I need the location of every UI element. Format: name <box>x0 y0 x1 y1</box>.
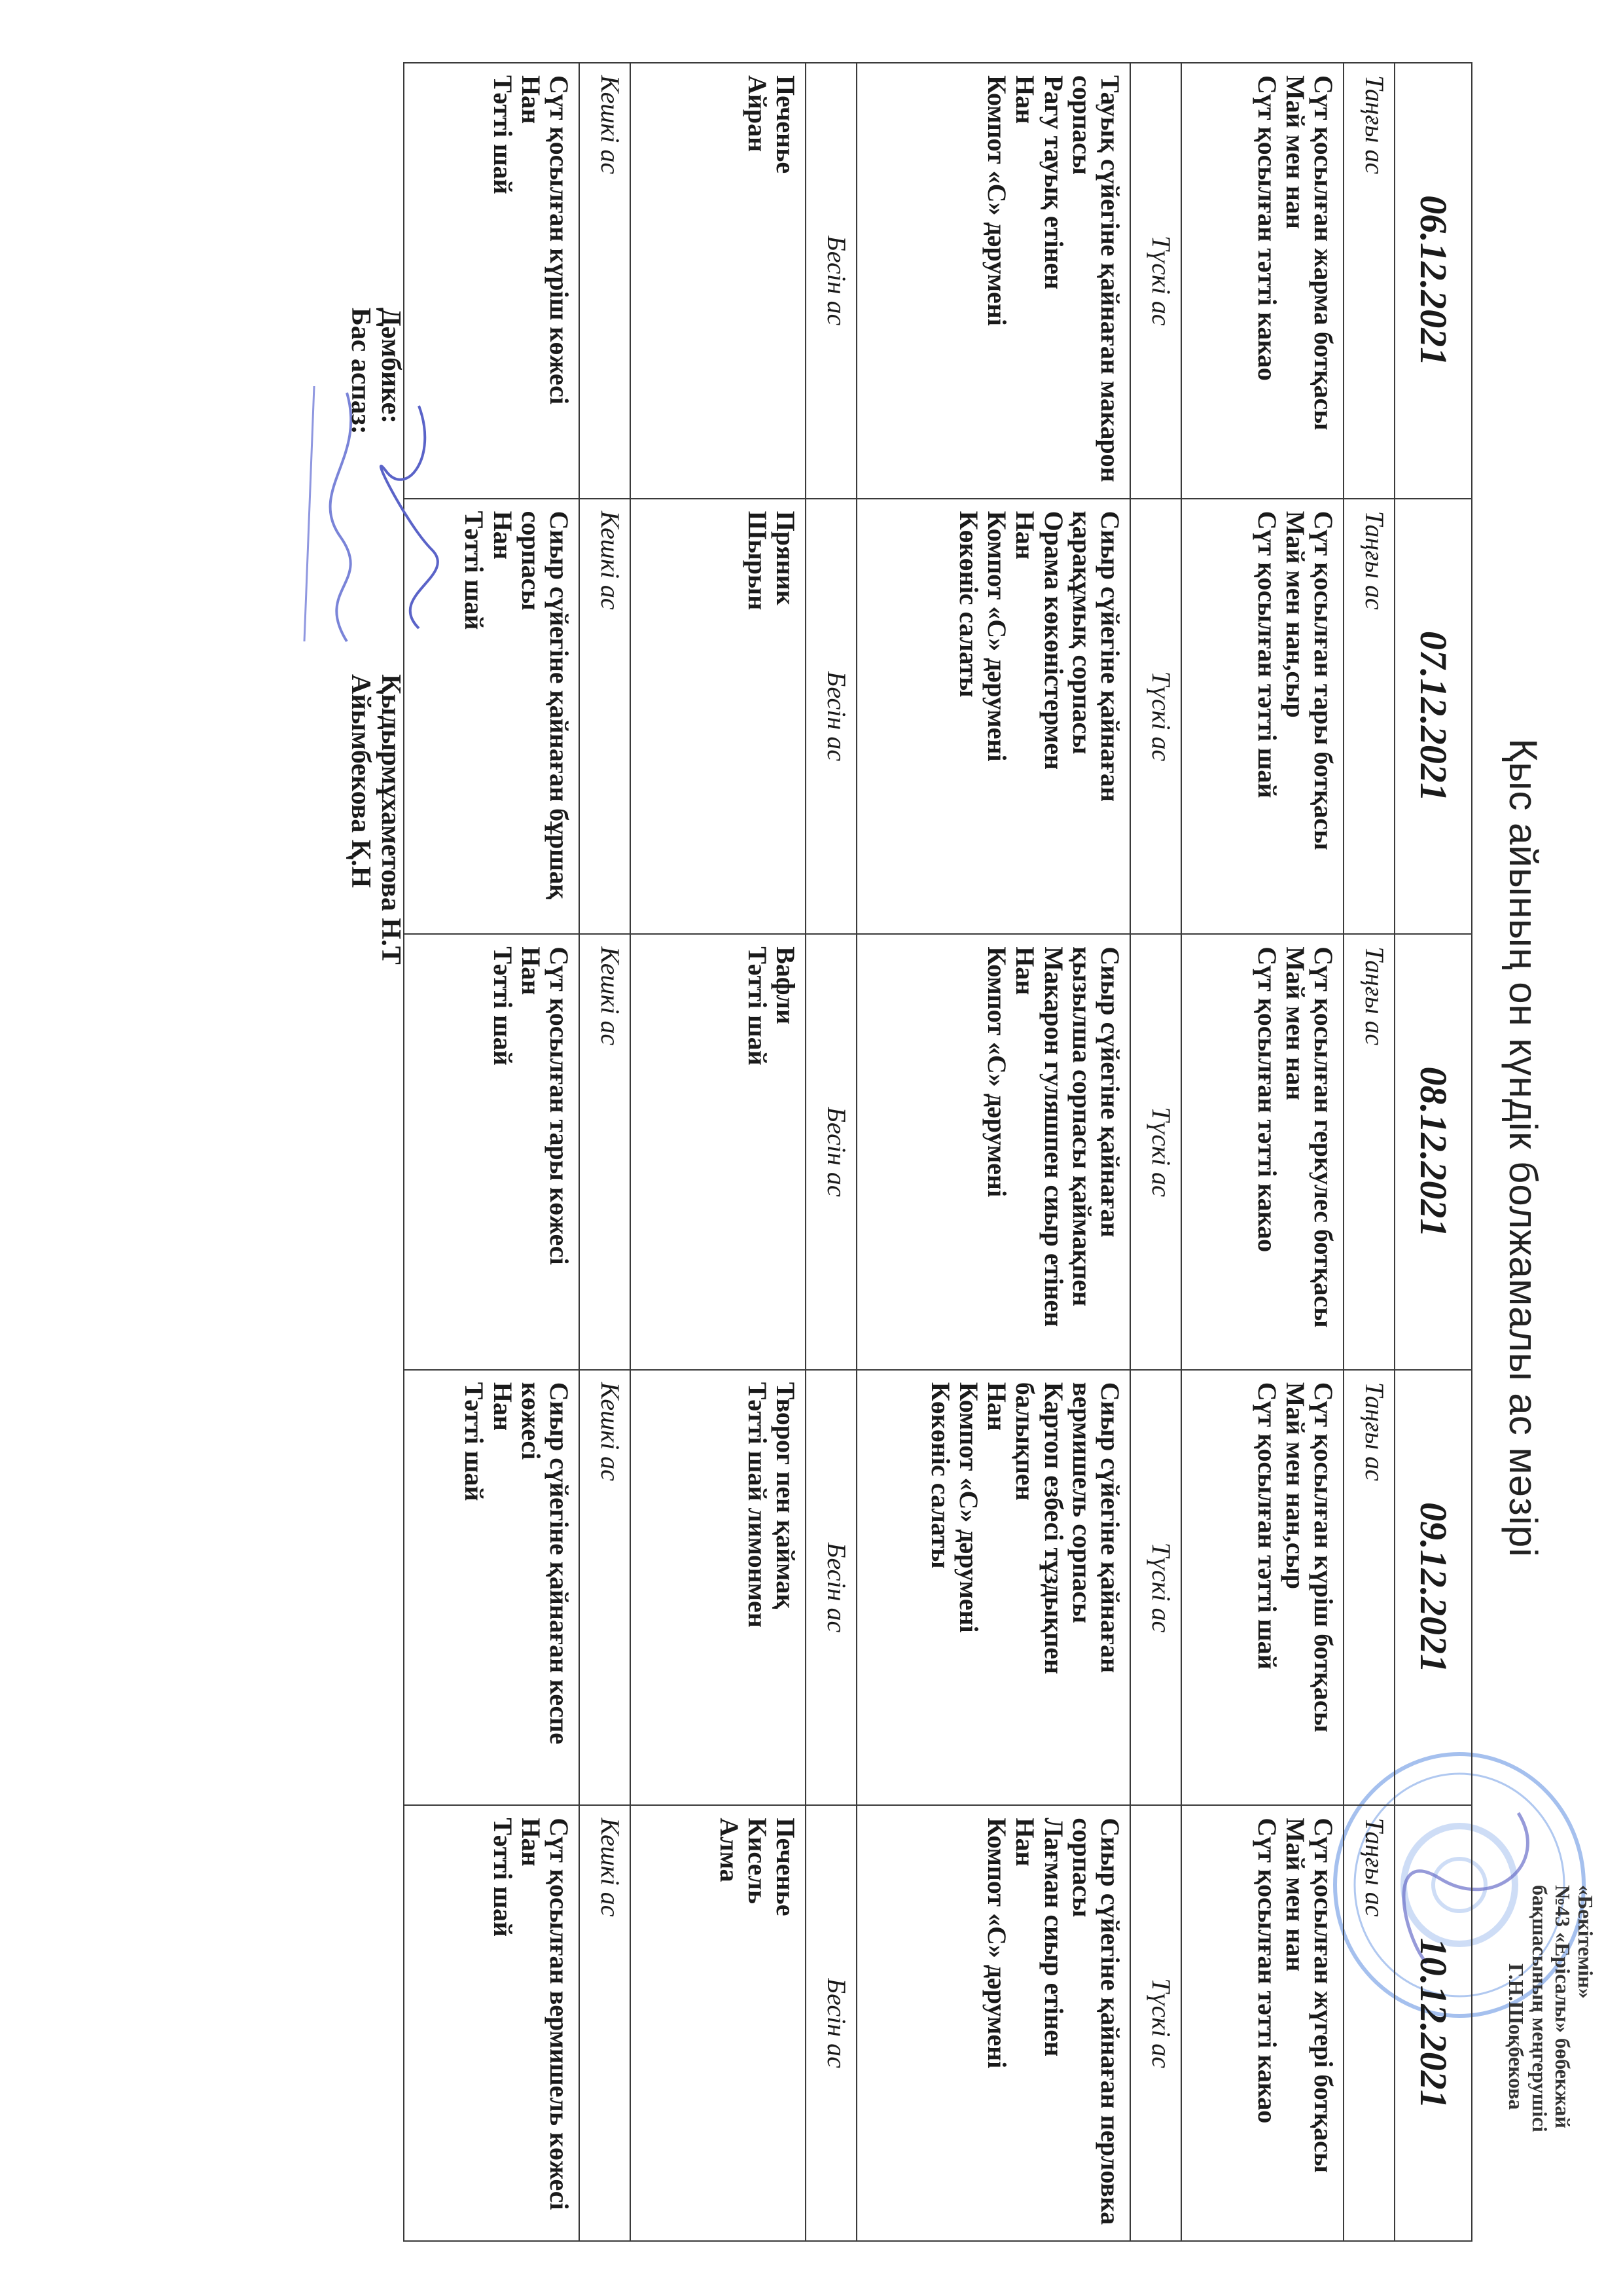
signature-name: Қыдырмұхаметова Н.Т <box>376 674 406 965</box>
dish-item: Печенье <box>772 75 800 486</box>
dish-item: Нан <box>1011 1818 1039 2229</box>
meal-label-snack: Бесін ас <box>806 1805 857 2241</box>
meal-label-breakfast: Таңғы ас <box>1344 499 1395 935</box>
dish-item: Май мен нан <box>1281 75 1310 486</box>
document-title: Қыс айының он күндік болжамалы ас мәзірі <box>1501 0 1546 2296</box>
dish-item: Тәтті шай лимонмен <box>743 1382 772 1793</box>
dish-cell: Сүт қосылған геркулес ботқасыМай мен нан… <box>1181 934 1344 1370</box>
meal-label-snack: Бесін ас <box>806 499 857 935</box>
dish-cell: Сиыр сүйегіне қайнаған вермишель сорпасы… <box>857 1370 1130 1806</box>
dish-item: Айран <box>743 75 772 486</box>
dish-item: Компот «С» дәрумені <box>983 511 1011 922</box>
meal-label-lunch: Түскі ас <box>1130 1370 1181 1806</box>
dish-cell: ПеченьеАйран <box>630 63 806 499</box>
dish-item: Сүт қосылған жарма ботқасы <box>1310 75 1338 486</box>
dish-item: Вафли <box>772 946 800 1357</box>
approval-line: №43 «Ерісалы» бөбекжай <box>1551 1885 1574 2132</box>
meal-label-dinner: Кешкі ас <box>579 1805 630 2241</box>
meal-label-lunch: Түскі ас <box>1130 934 1181 1370</box>
dish-cell: Творог пен қаймақТәтті шай лимонмен <box>630 1370 806 1806</box>
dish-item: Май мен нан,сыр <box>1281 1382 1310 1793</box>
dish-item: Май мен нан <box>1281 946 1310 1357</box>
dish-item: Компот «С» дәрумені <box>983 1818 1011 2229</box>
dish-item: Тәтті шай <box>488 1818 516 2229</box>
dish-item: Сүт қосылған вермишель көжесі <box>545 1818 573 2229</box>
dish-cell: Сүт қосылған тары ботқасыМай мен нан,сыр… <box>1181 499 1344 935</box>
signature-row: Дәмбике: Қыдырмұхаметова Н.Т <box>376 308 406 965</box>
meal-header-row-dinner: Кешкі асКешкі асКешкі асКешкі асКешкі ас <box>579 63 630 2241</box>
dish-item: Тәтті шай <box>743 946 772 1357</box>
meal-header-row-snack: Бесін асБесін асБесін асБесін асБесін ас <box>806 63 857 2241</box>
dish-item: Нан <box>1011 946 1039 1357</box>
meal-label-breakfast: Таңғы ас <box>1344 63 1395 499</box>
meal-label-snack: Бесін ас <box>806 63 857 499</box>
dish-item: Сүт қосылған геркулес ботқасы <box>1310 946 1338 1357</box>
dish-cell: Сүт қосылған жүгері ботқасыМай мен нанСү… <box>1181 1805 1344 2241</box>
dish-cell: Сүт қосылған жарма ботқасыМай мен нанСүт… <box>1181 63 1344 499</box>
dish-item: Нан <box>517 946 545 1357</box>
dish-item: Сиыр сүйегіне қайнаған вермишель сорпасы <box>1068 1382 1124 1793</box>
dish-row-lunch: Тауық сүйегіне қайнаған макарон сорпасыР… <box>857 63 1130 2241</box>
dish-cell: ВафлиТәтті шай <box>630 934 806 1370</box>
meal-label-breakfast: Таңғы ас <box>1344 1370 1395 1806</box>
dish-item: Компот «С» дәрумені <box>983 75 1011 486</box>
dish-item: Лағман сиыр етінен <box>1039 1818 1067 2229</box>
meal-label-breakfast: Таңғы ас <box>1344 1805 1395 2241</box>
dish-item: Сүт қосылған тәтті шай <box>1253 511 1281 922</box>
dish-item: Сүт қосылған тары көжесі <box>545 946 573 1357</box>
menu-sheet: «Бекітемін» №43 «Ерісалы» бөбекжай бақша… <box>0 0 1623 2296</box>
dish-item: Печенье <box>772 1818 800 2229</box>
dish-cell: Сиыр сүйегіне қайнаған қарақұмық сорпасы… <box>857 499 1130 935</box>
meal-label-dinner: Кешкі ас <box>579 934 630 1370</box>
dish-cell: ПеченьеКисельАлма <box>630 1805 806 2241</box>
dish-item: Сиыр сүйегіне қайнаған бұршақ сорпасы <box>517 511 573 922</box>
date-header: 08.12.2021 <box>1395 934 1472 1370</box>
meal-label-dinner: Кешкі ас <box>579 1370 630 1806</box>
dish-item: Тәтті шай <box>460 1382 488 1793</box>
meal-label-dinner: Кешкі ас <box>579 499 630 935</box>
dish-cell: ПряникШырын <box>630 499 806 935</box>
dish-item: Сиыр сүйегіне қайнаған кеспе көжесі <box>517 1382 573 1793</box>
dish-item: Тауық сүйегіне қайнаған макарон сорпасы <box>1068 75 1124 486</box>
dish-item: Сиыр сүйегіне қайнаған қарақұмық сорпасы <box>1068 511 1124 922</box>
approval-line: «Бекітемін» <box>1574 1885 1597 2132</box>
meal-label-lunch: Түскі ас <box>1130 63 1181 499</box>
dish-item: Сүт қосылған жүгері ботқасы <box>1310 1818 1338 2229</box>
meal-label-snack: Бесін ас <box>806 934 857 1370</box>
dish-item: Нан <box>488 1382 516 1793</box>
dish-item: Компот «С» дәрумені <box>983 946 1011 1357</box>
dish-item: Сүт қосылған тәтті какао <box>1253 946 1281 1357</box>
dish-item: Компот «С» дәрумені <box>955 1382 983 1793</box>
meal-label-dinner: Кешкі ас <box>579 63 630 499</box>
dish-item: Макарон гуляшпен сиыр етінен <box>1039 946 1067 1357</box>
dish-cell: Сиыр сүйегіне қайнаған кеспе көжесіНанТә… <box>404 1370 579 1806</box>
dish-item: Тәтті шай <box>488 946 516 1357</box>
date-header: 09.12.2021 <box>1395 1370 1472 1806</box>
dish-item: Сүт қосылған күріш ботқасы <box>1310 1382 1338 1793</box>
dish-cell: Сиыр сүйегіне қайнаған перловка сорпасыЛ… <box>857 1805 1130 2241</box>
dish-item: Нан <box>517 75 545 486</box>
dish-cell: Тауық сүйегіне қайнаған макарон сорпасыР… <box>857 63 1130 499</box>
dish-item: Тәтті шай <box>460 511 488 922</box>
dish-item: Творог пен қаймақ <box>772 1382 800 1793</box>
meal-label-snack: Бесін ас <box>806 1370 857 1806</box>
menu-body: Таңғы асТаңғы асТаңғы асТаңғы асТаңғы ас… <box>404 63 1395 2241</box>
dish-item: Тәтті шай <box>488 75 516 486</box>
dish-item: Картоп езбесі тұздықпен балықпен <box>1011 1382 1067 1793</box>
meal-header-row-lunch: Түскі асТүскі асТүскі асТүскі асТүскі ас <box>1130 63 1181 2241</box>
dish-item: Нан <box>1011 511 1039 922</box>
dish-item: Сиыр сүйегіне қайнаған перловка сорпасы <box>1068 1818 1124 2229</box>
dish-item: Сүт қосылған тәтті шай <box>1253 1382 1281 1793</box>
dish-item: Көкөніс салаты <box>927 1382 955 1793</box>
dish-item: Пряник <box>772 511 800 922</box>
meal-header-row-breakfast: Таңғы асТаңғы асТаңғы асТаңғы асТаңғы ас <box>1344 63 1395 2241</box>
dish-row-snack: ПеченьеАйранПряникШырынВафлиТәтті шайТво… <box>630 63 806 2241</box>
dish-item: Алма <box>715 1818 743 2229</box>
menu-table: 06.12.2021 07.12.2021 08.12.2021 09.12.2… <box>403 62 1472 2242</box>
meal-label-lunch: Түскі ас <box>1130 1805 1181 2241</box>
dish-item: Орама көкөністермен <box>1039 511 1067 922</box>
dish-row-breakfast: Сүт қосылған жарма ботқасыМай мен нанСүт… <box>1181 63 1344 2241</box>
date-header: 10.12.2021 <box>1395 1805 1472 2241</box>
signature-role: Дәмбике: <box>376 308 406 674</box>
dish-cell: Сүт қосылған тары көжесіНанТәтті шай <box>404 934 579 1370</box>
meal-label-breakfast: Таңғы ас <box>1344 934 1395 1370</box>
dish-cell: Сүт қосылған күріш ботқасыМай мен нан,сы… <box>1181 1370 1344 1806</box>
dish-item: Сиыр сүйегіне қайнаған қызылша сорпасы қ… <box>1068 946 1124 1357</box>
date-header: 06.12.2021 <box>1395 63 1472 499</box>
dish-item: Нан <box>488 511 516 922</box>
signatures-block: Дәмбике: Қыдырмұхаметова Н.Т Бас аспаз: … <box>346 308 406 965</box>
dish-item: Сүт қосылған тәтті какао <box>1253 75 1281 486</box>
signature-row: Бас аспаз: Айымбекова Қ.Н <box>346 308 376 965</box>
date-header-row: 06.12.2021 07.12.2021 08.12.2021 09.12.2… <box>1395 63 1472 2241</box>
dish-item: Шырын <box>743 511 772 922</box>
dish-item: Көкөніс салаты <box>955 511 983 922</box>
dish-cell: Сиыр сүйегіне қайнаған қызылша сорпасы қ… <box>857 934 1130 1370</box>
signature-role: Бас аспаз: <box>346 308 376 674</box>
dish-item: Сүт қосылған тары ботқасы <box>1310 511 1338 922</box>
date-header: 07.12.2021 <box>1395 499 1472 935</box>
dish-item: Кисель <box>743 1818 772 2229</box>
dish-cell: Сүт қосылған вермишель көжесіНанТәтті ша… <box>404 1805 579 2241</box>
signature-name: Айымбекова Қ.Н <box>346 674 376 888</box>
dish-item: Сүт қосылған күріш көжесі <box>545 75 573 486</box>
dish-item: Сүт қосылған тәтті какао <box>1253 1818 1281 2229</box>
dish-item: Нан <box>1011 75 1039 486</box>
dish-item: Нан <box>517 1818 545 2229</box>
dish-item: Май мен нан <box>1281 1818 1310 2229</box>
meal-label-lunch: Түскі ас <box>1130 499 1181 935</box>
dish-item: Рагу тауық етінен <box>1039 75 1067 486</box>
dish-item: Нан <box>983 1382 1011 1793</box>
dish-item: Май мен нан,сыр <box>1281 511 1310 922</box>
